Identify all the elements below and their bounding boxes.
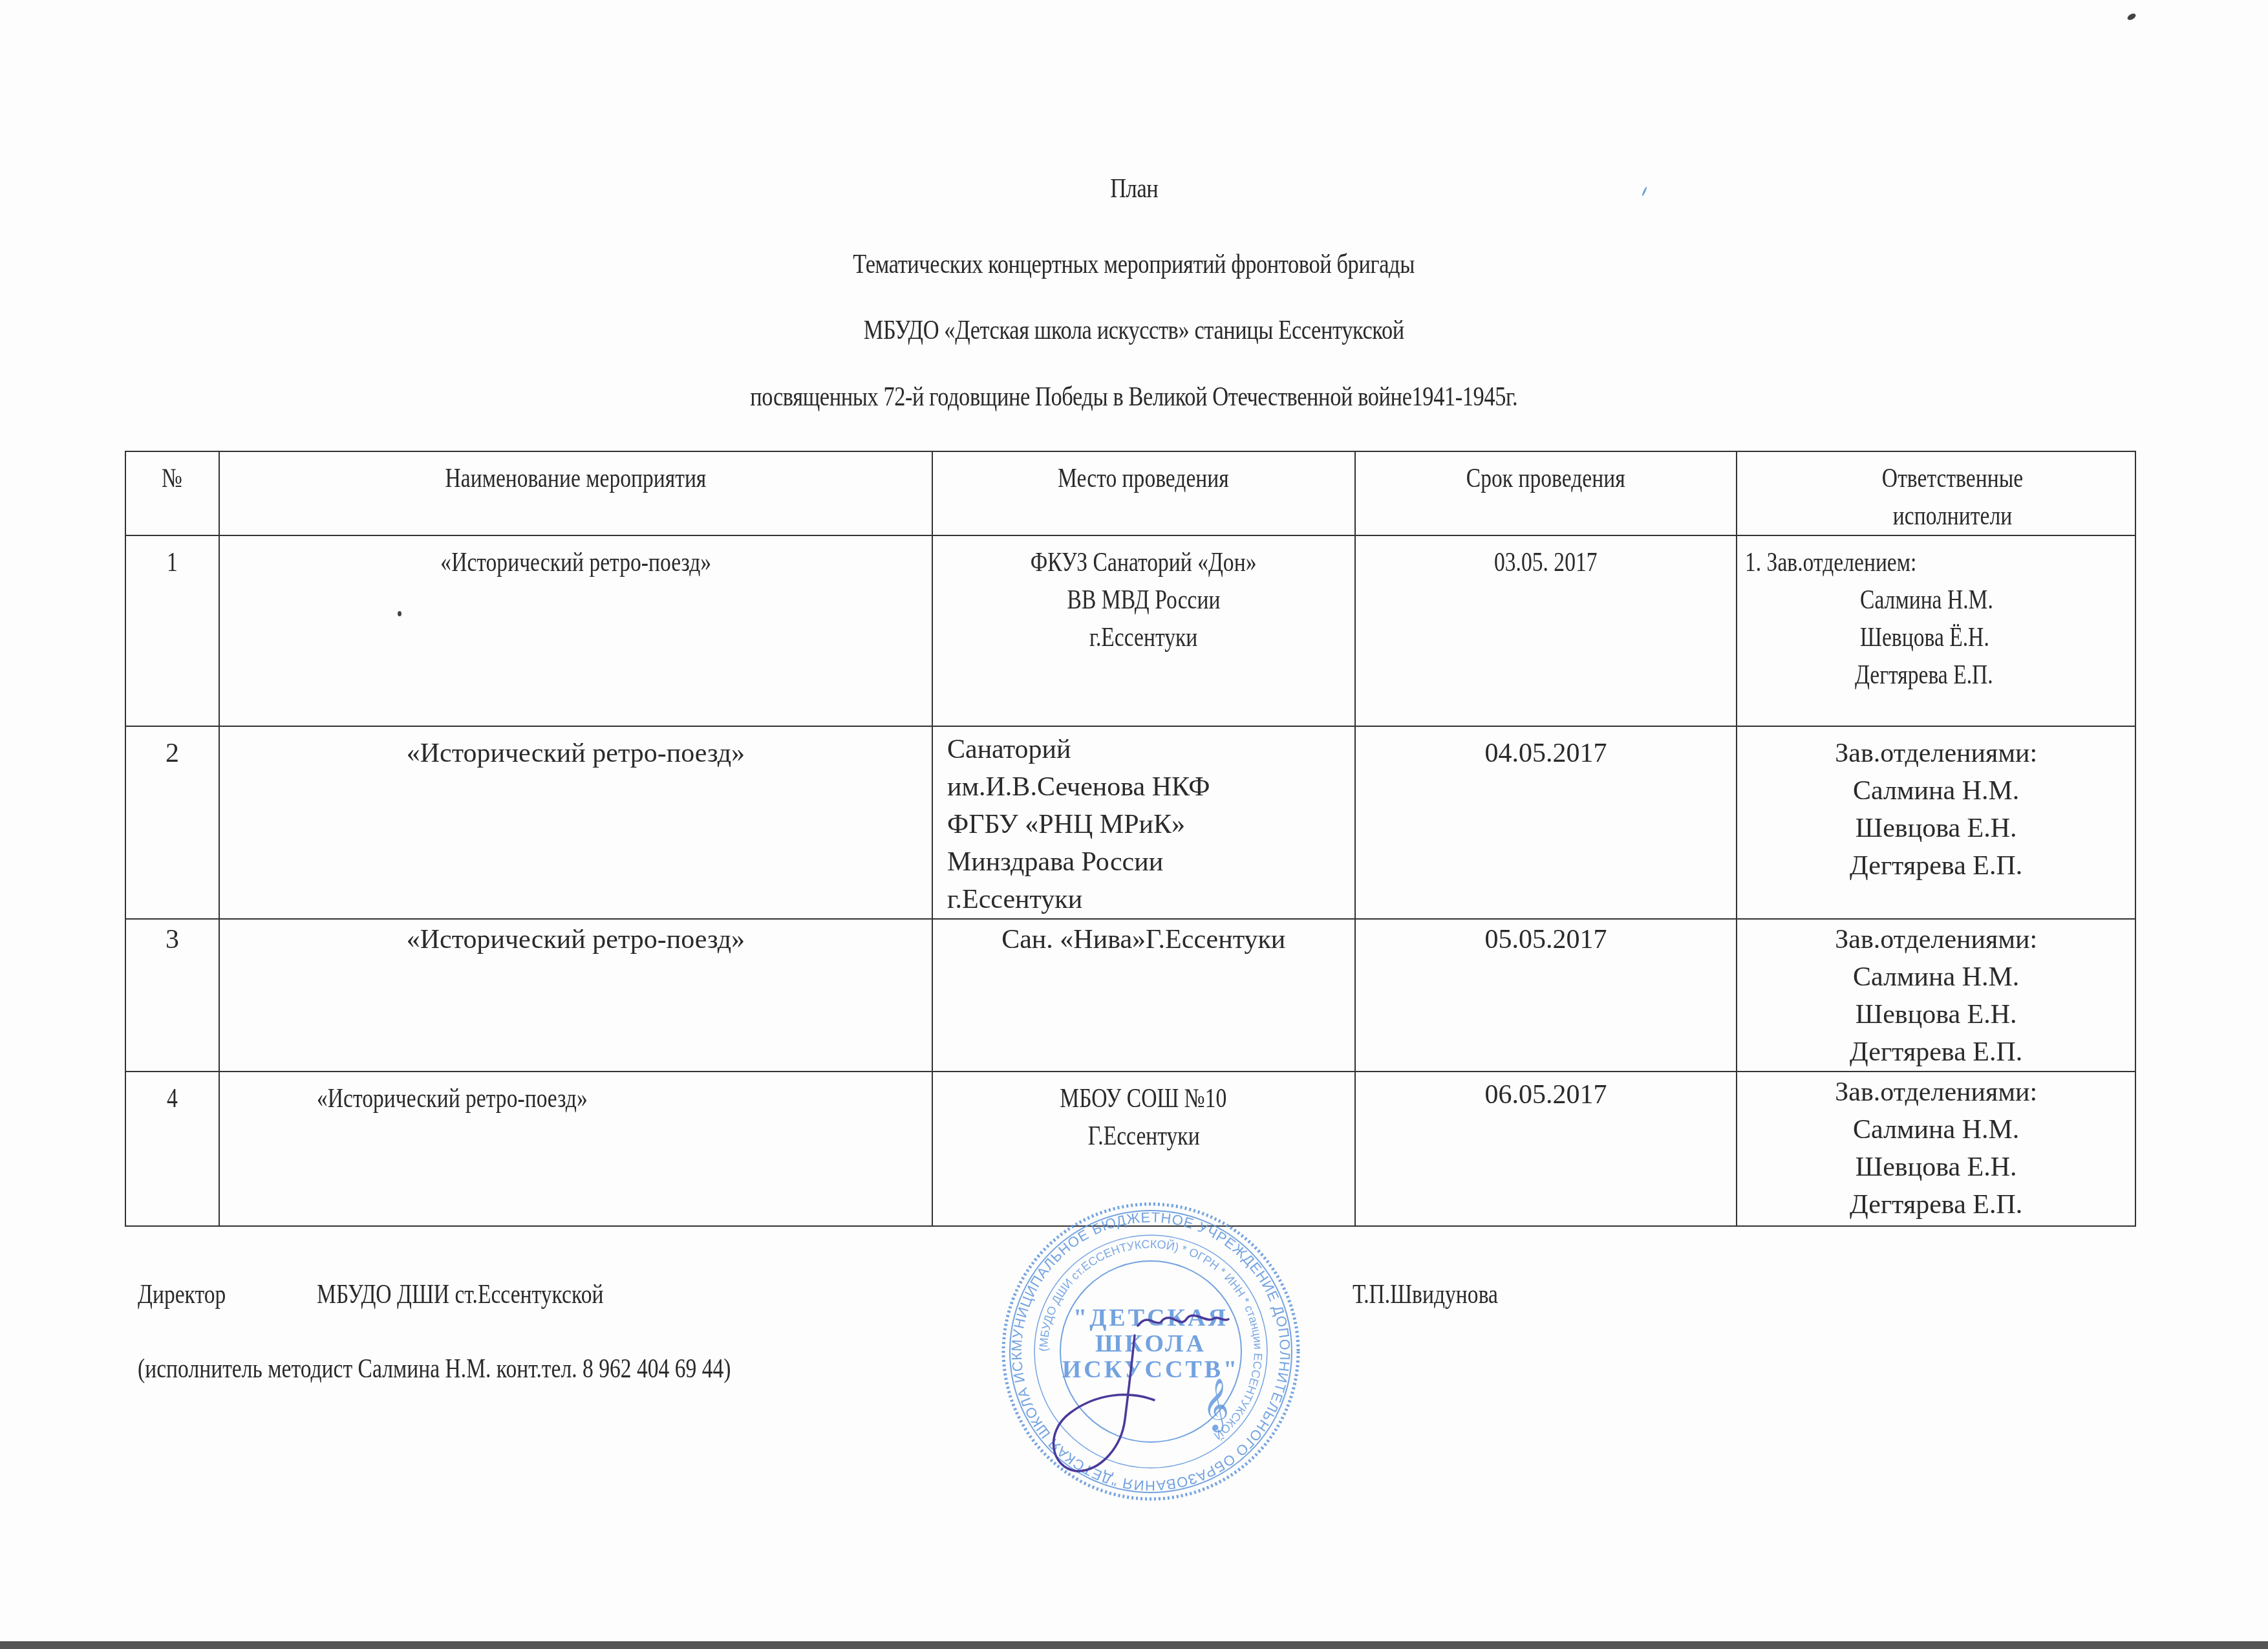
responsible-person: Шевцова Е.Н. bbox=[1737, 996, 2135, 1033]
director-name: Т.П.Швидунова bbox=[1353, 1279, 1498, 1310]
responsible-person: Шевцова Ё.Н. bbox=[1860, 619, 1989, 656]
place-line: ФКУЗ Санаторий «Дон» bbox=[1031, 544, 1257, 581]
director-label: Директор bbox=[138, 1279, 226, 1310]
event-date: 03.05. 2017 bbox=[1494, 544, 1598, 581]
events-table: № Наименование мероприятия Место проведе… bbox=[125, 451, 2136, 1227]
place-line: ФГБУ «РНЦ МРиК» bbox=[947, 806, 1354, 843]
scan-edge-strip bbox=[0, 1641, 2268, 1649]
scan-artifact bbox=[2126, 12, 2137, 21]
cell-place: Санаторий им.И.В.Сеченова НКФ ФГБУ «РНЦ … bbox=[932, 726, 1355, 919]
place-line: Минздрава России bbox=[947, 843, 1354, 881]
subtitle-text: МБУДО «Детская школа искусств» станицы Е… bbox=[864, 315, 1404, 346]
cell-date: 05.05.2017 bbox=[1355, 919, 1737, 1072]
responsible-person: Дегтярева Е.П. bbox=[1737, 847, 2135, 885]
organization-name: МБУДО ДШИ ст.Ессентукской bbox=[317, 1279, 603, 1310]
header-text: Место проведения bbox=[1058, 460, 1229, 497]
subtitle-text: посвященных 72-й годовщине Победы в Вели… bbox=[751, 382, 1518, 413]
cell-place: ФКУЗ Санаторий «Дон» ВВ МВД России г.Есс… bbox=[932, 535, 1355, 726]
place-line: г.Ессентуки bbox=[947, 881, 1354, 918]
table-header-row: № Наименование мероприятия Место проведе… bbox=[125, 451, 2135, 535]
header-responsible: Ответственные исполнители bbox=[1737, 451, 2135, 535]
responsible-person: Дегтярева Е.П. bbox=[1737, 1186, 2135, 1223]
cell-date: 03.05. 2017 bbox=[1355, 535, 1737, 726]
cell-number: 3 bbox=[125, 919, 219, 1072]
responsible-title: Зав.отделениями: bbox=[1737, 921, 2135, 958]
place-line: г.Ессентуки bbox=[1089, 619, 1197, 656]
organization-line: МБУДО ДШИ ст.Ессентукской bbox=[317, 1279, 675, 1310]
place-line: ВВ МВД России bbox=[1067, 581, 1220, 619]
cell-date: 04.05.2017 bbox=[1355, 726, 1737, 919]
place-line: Г.Ессентуки bbox=[1087, 1117, 1199, 1155]
cell-responsible: Зав.отделениями: Салмина Н.М. Шевцова Е.… bbox=[1737, 1072, 2135, 1226]
responsible-person: Шевцова Е.Н. bbox=[1737, 1148, 2135, 1186]
cell-number: 2 bbox=[125, 726, 219, 919]
responsible-title: 1. Зав.отделением: bbox=[1745, 544, 1916, 581]
header-text: № bbox=[162, 460, 182, 497]
stamp-seal-icon: МУНИЦИПАЛЬНОЕ БЮДЖЕТНОЕ УЧРЕЖДЕНИЕ ДОПОЛ… bbox=[999, 1200, 1303, 1503]
title-text: План bbox=[1110, 173, 1158, 204]
responsible-person: Дегтярева Е.П. bbox=[1737, 1033, 2135, 1071]
stamp-center-line: ШКОЛА bbox=[1095, 1330, 1206, 1357]
document-page: План Тематических концертных мероприятий… bbox=[0, 0, 2268, 1649]
cell-responsible: 1. Зав.отделением: Салмина Н.М. Шевцова … bbox=[1737, 535, 2135, 726]
cell-event: «Исторический ретро-поезд» bbox=[219, 726, 932, 919]
header-date: Срок проведения bbox=[1355, 451, 1737, 535]
row-number: 1 bbox=[167, 544, 178, 581]
contact-text: (исполнитель методист Салмина Н.М. конт.… bbox=[138, 1353, 731, 1385]
cell-number: 4 bbox=[125, 1072, 219, 1226]
official-stamp: МУНИЦИПАЛЬНОЕ БЮДЖЕТНОЕ УЧРЕЖДЕНИЕ ДОПОЛ… bbox=[999, 1200, 1303, 1503]
responsible-person: Шевцова Е.Н. bbox=[1737, 810, 2135, 847]
header-text: Наименование мероприятия bbox=[445, 460, 706, 497]
treble-clef-icon: 𝄞 bbox=[1203, 1377, 1229, 1432]
document-title: План bbox=[0, 173, 2268, 204]
responsible-title: Зав.отделениями: bbox=[1737, 735, 2135, 772]
place-line: МБОУ СОШ №10 bbox=[1060, 1080, 1227, 1117]
header-event: Наименование мероприятия bbox=[219, 451, 932, 535]
event-name: «Исторический ретро-поезд» bbox=[317, 1080, 588, 1117]
subtitle-text: Тематических концертных мероприятий фрон… bbox=[853, 249, 1415, 280]
table-row: 1 «Исторический ретро-поезд» ФКУЗ Санато… bbox=[125, 535, 2135, 726]
responsible-person: Салмина Н.М. bbox=[1737, 1111, 2135, 1148]
contact-line: (исполнитель методист Салмина Н.М. конт.… bbox=[138, 1353, 879, 1385]
cell-event: «Исторический ретро-поезд» bbox=[219, 1072, 932, 1226]
cell-responsible: Зав.отделениями: Салмина Н.М. Шевцова Е.… bbox=[1737, 726, 2135, 919]
subtitle-line-2: МБУДО «Детская школа искусств» станицы Е… bbox=[0, 315, 2268, 346]
header-text: Ответственные исполнители bbox=[1836, 460, 2069, 535]
director-line: Директор bbox=[138, 1279, 248, 1310]
cell-date: 06.05.2017 bbox=[1355, 1072, 1737, 1226]
cell-number: 1 bbox=[125, 535, 219, 726]
responsible-person: Салмина Н.М. bbox=[1737, 958, 2135, 996]
header-text: Срок проведения bbox=[1466, 460, 1625, 497]
place-line: им.И.В.Сеченова НКФ bbox=[947, 768, 1354, 806]
responsible-title: Зав.отделениями: bbox=[1737, 1073, 2135, 1111]
responsible-person: Салмина Н.М. bbox=[1860, 581, 1993, 619]
responsible-person: Дегтярева Е.П. bbox=[1855, 656, 1993, 694]
director-name-line: Т.П.Швидунова bbox=[1353, 1279, 1534, 1310]
responsible-person: Салмина Н.М. bbox=[1737, 772, 2135, 810]
scan-artifact bbox=[398, 611, 401, 616]
header-place: Место проведения bbox=[932, 451, 1355, 535]
cell-responsible: Зав.отделениями: Салмина Н.М. Шевцова Е.… bbox=[1737, 919, 2135, 1072]
cell-place: Сан. «Нива»Г.Ессентуки bbox=[932, 919, 1355, 1072]
subtitle-line-1: Тематических концертных мероприятий фрон… bbox=[0, 249, 2268, 280]
table-row: 3 «Исторический ретро-поезд» Сан. «Нива»… bbox=[125, 919, 2135, 1072]
header-number: № bbox=[125, 451, 219, 535]
cell-event: «Исторический ретро-поезд» bbox=[219, 535, 932, 726]
place-line: Санаторий bbox=[947, 731, 1354, 768]
cell-event: «Исторический ретро-поезд» bbox=[219, 919, 932, 1072]
row-number: 4 bbox=[167, 1080, 178, 1117]
table-row: 2 «Исторический ретро-поезд» Санаторий и… bbox=[125, 726, 2135, 919]
subtitle-line-3: посвященных 72-й годовщине Победы в Вели… bbox=[0, 382, 2268, 413]
event-name: «Исторический ретро-поезд» bbox=[440, 544, 711, 581]
